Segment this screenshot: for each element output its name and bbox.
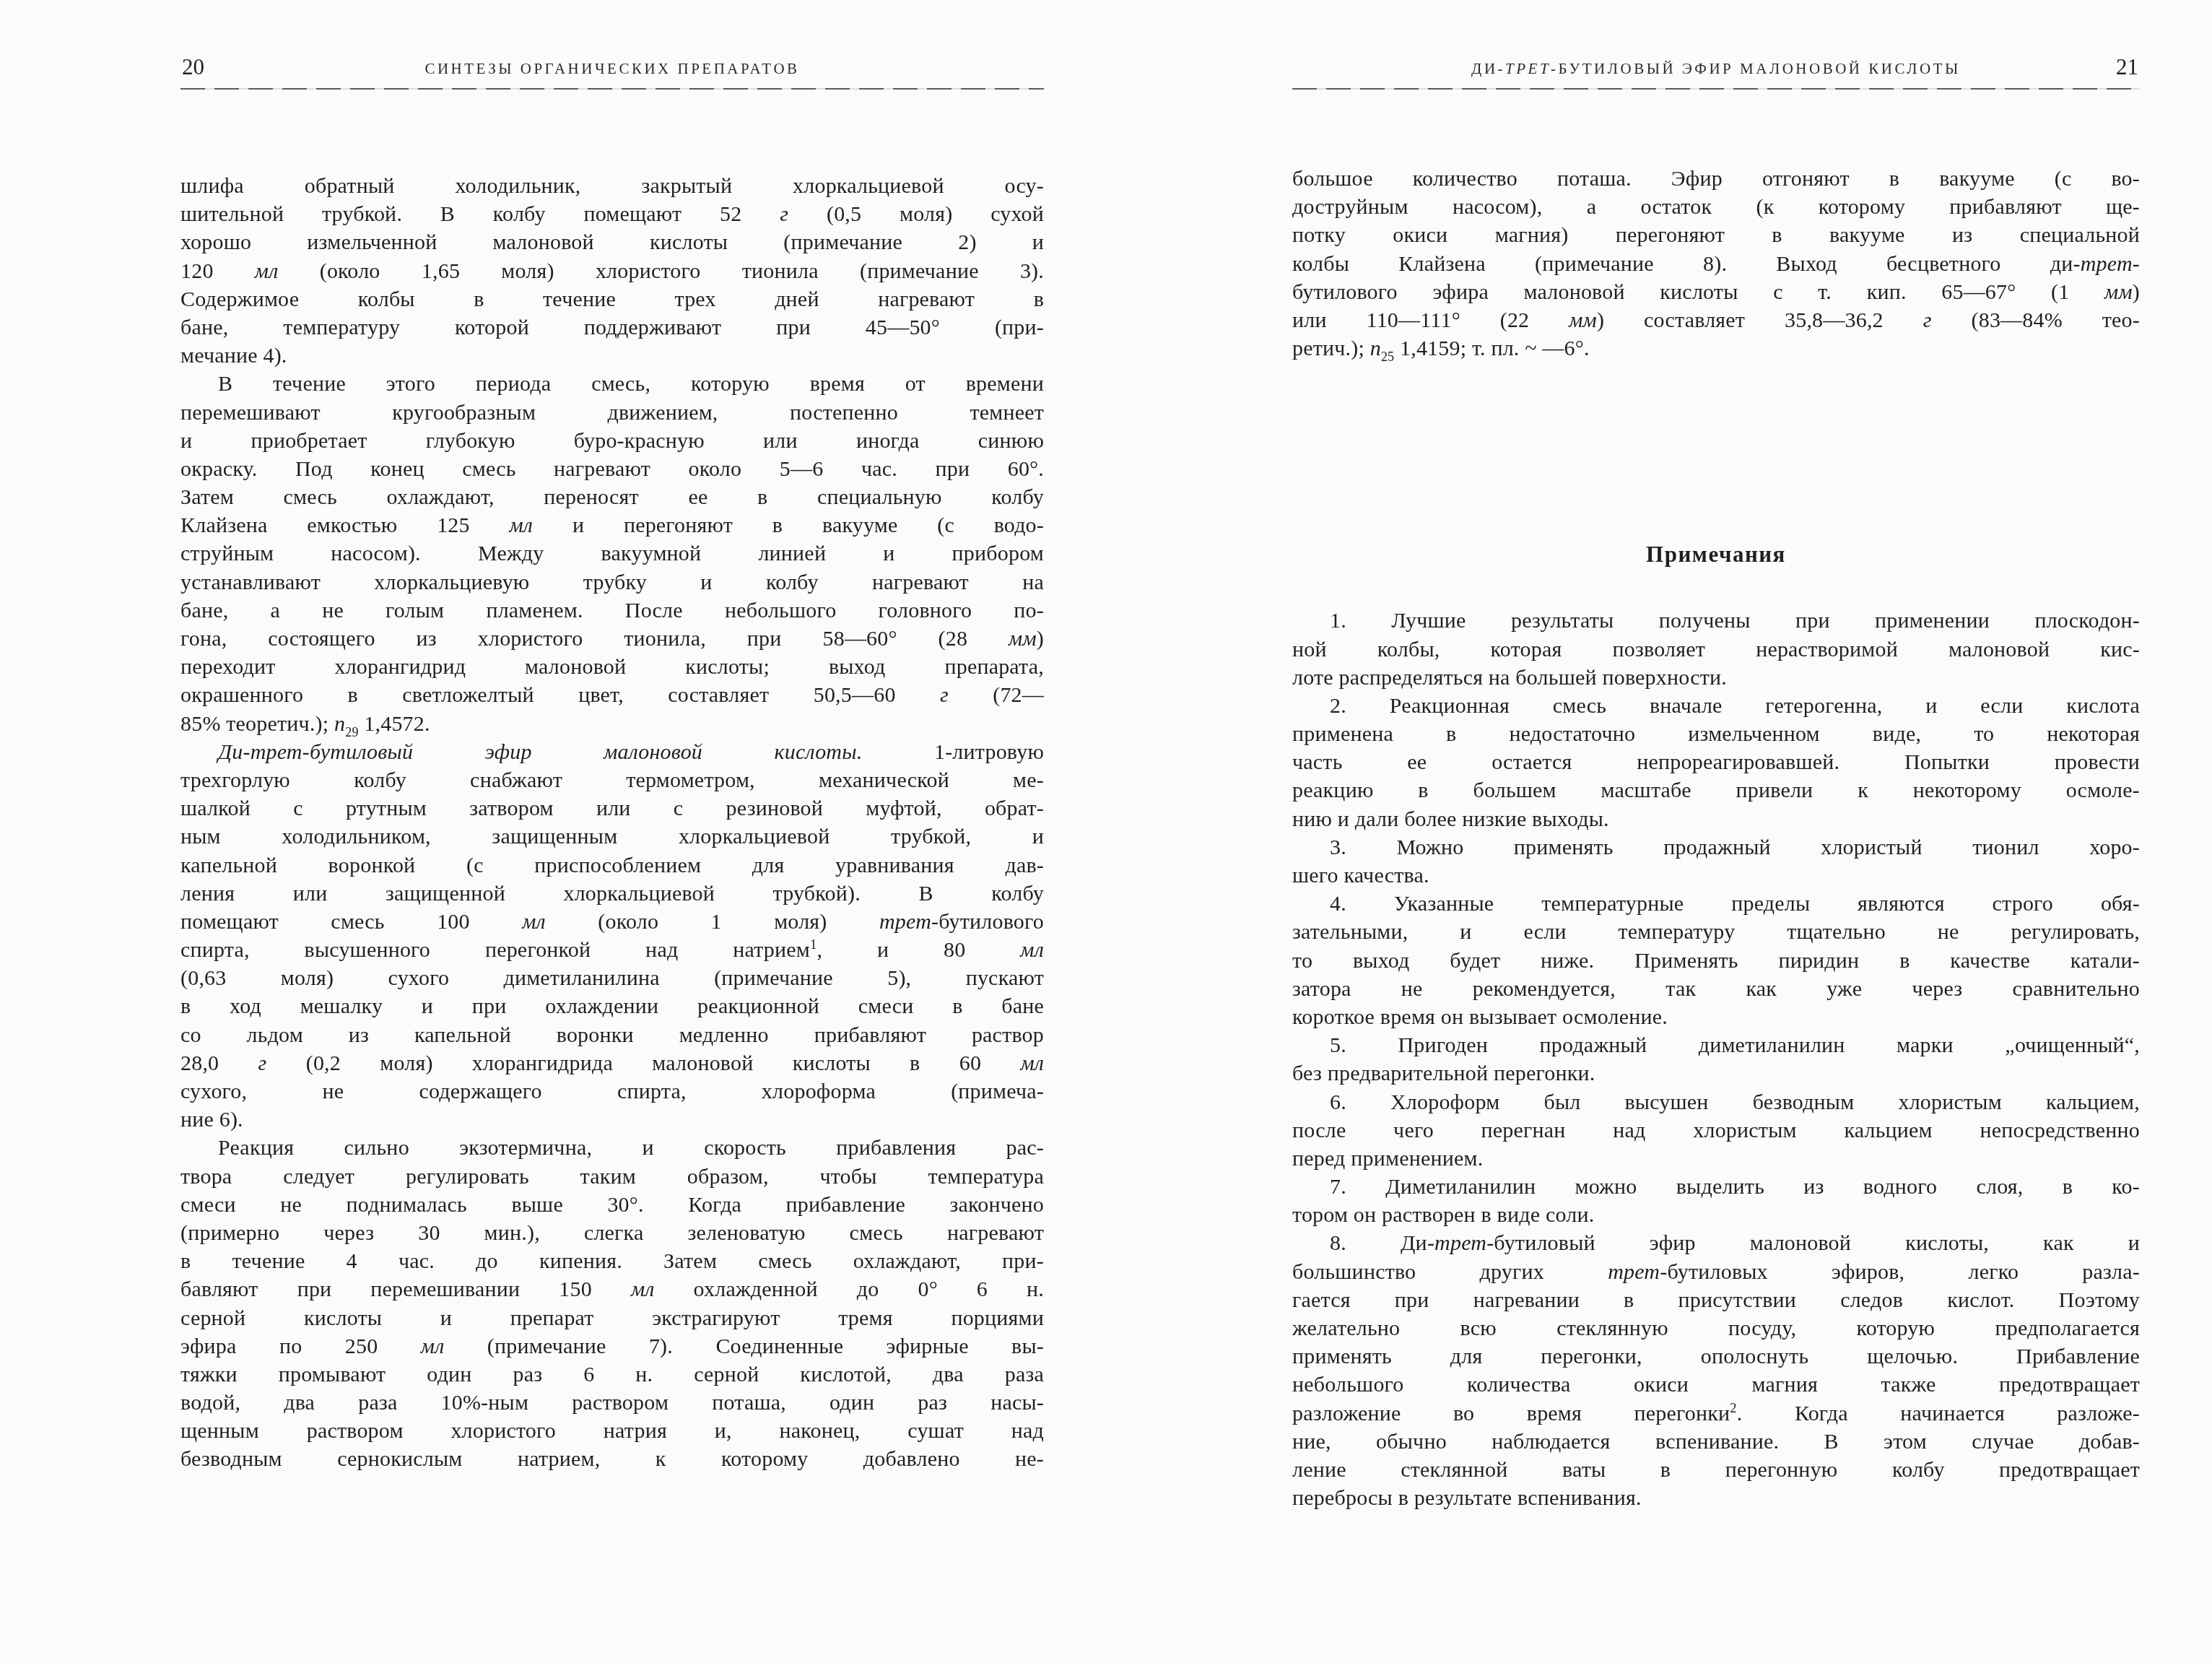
text-run: 2. Реакционная смесь вначале гетерогенна…	[1330, 694, 2140, 718]
text-run: (83—84% тео-	[1932, 308, 2140, 332]
superscript: 29	[345, 726, 358, 738]
text-line: в ход мешалку и при охлаждении реакционн…	[180, 992, 1044, 1020]
paragraph: 2. Реакционная смесь вначале гетерогенна…	[1292, 692, 2140, 833]
text-line: шлифа обратный холодильник, закрытый хло…	[180, 172, 1044, 200]
text-run: устанавливают хлоркальциевую трубку и ко…	[180, 570, 1044, 594]
text-run: (примечание 7). Соединенные эфирные вы-	[444, 1334, 1044, 1358]
text-run: желательно всю стеклянную посуду, котору…	[1292, 1316, 2140, 1340]
text-run: хорошо измельченной малоновой кислоты (п…	[180, 230, 1044, 254]
text-run: трехгорлую колбу снабжают термометром, м…	[180, 768, 1044, 792]
text-line: Ди-трет-бутиловый эфир малоновой кислоты…	[180, 738, 1044, 766]
right-running-title: ДИ-ТРЕТ-БУТИЛОВЫЙ ЭФИР МАЛОНОВОЙ КИСЛОТЫ	[1292, 60, 2140, 78]
text-run: гона, состоящего из хлористого тионила, …	[180, 627, 1009, 651]
text-run: ной колбы, которая позволяет нерастворим…	[1292, 638, 2140, 661]
text-run: тяжки промывают один раз 6 н. серной кис…	[180, 1363, 1044, 1386]
text-run: ретич.);	[1292, 336, 1370, 360]
text-run: реакцию в большем масштабе привели к нек…	[1292, 778, 2140, 802]
text-line: большое количество поташа. Эфир отгоняют…	[1292, 165, 2140, 193]
text-run: ления или защищенной хлоркальциевой труб…	[180, 882, 1044, 906]
text-run: 3. Можно применять продажный хлористый т…	[1330, 835, 2140, 859]
text-run: В течение этого периода смесь, которую в…	[218, 372, 1044, 396]
text-run: трет	[879, 910, 931, 934]
text-run: 8. Ди-	[1330, 1231, 1434, 1255]
text-line: 3. Можно применять продажный хлористый т…	[1292, 833, 2140, 861]
text-line: часть ее остается непрореагировавшей. По…	[1292, 748, 2140, 776]
text-line: щенным раствором хлористого натрия и, на…	[180, 1417, 1044, 1445]
text-run: гается при нагревании в присутствии след…	[1292, 1288, 2140, 1312]
text-line: реакцию в большем масштабе привели к нек…	[1292, 776, 2140, 804]
text-run: (72—	[949, 683, 1044, 707]
text-run: (0,63 моля) сухого диметиланилина (приме…	[180, 966, 1044, 990]
left-page-body: шлифа обратный холодильник, закрытый хло…	[180, 172, 1044, 1474]
text-run: и перегоняют в вакууме (с водо-	[533, 513, 1044, 537]
right-page: ДИ-ТРЕТ-БУТИЛОВЫЙ ЭФИР МАЛОНОВОЙ КИСЛОТЫ…	[1292, 0, 2140, 1663]
text-line: 28,0 г (0,2 моля) хлорангидрида малоново…	[180, 1049, 1044, 1077]
text-run: большинство других	[1292, 1260, 1608, 1284]
text-run: трет-	[2081, 252, 2140, 276]
text-line: и приобретает глубокую буро-красную или …	[180, 427, 1044, 455]
paragraph: В течение этого периода смесь, которую в…	[180, 370, 1044, 737]
text-run: ДИ-	[1471, 60, 1505, 77]
text-line: ной колбы, которая позволяет нерастворим…	[1292, 635, 2140, 664]
text-run: часть ее остается непрореагировавшей. По…	[1292, 750, 2140, 774]
text-run: со льдом из капельной воронки медленно п…	[180, 1023, 1044, 1047]
text-run: бутилового эфира малоновой кислоты с т. …	[1292, 280, 2104, 304]
text-run: ) составляет 35,8—36,2	[1597, 308, 1923, 332]
text-run: струйным насосом). Между вакуумной линие…	[180, 542, 1044, 565]
text-run: серной кислоты и препарат экстрагируют т…	[180, 1306, 1044, 1330]
text-line: бавляют при перемешивании 150 мл охлажде…	[180, 1275, 1044, 1303]
text-line: (примерно через 30 мин.), слегка зеленов…	[180, 1219, 1044, 1247]
text-line: трехгорлую колбу снабжают термометром, м…	[180, 766, 1044, 794]
text-line: бане, температуру которой поддерживают п…	[180, 313, 1044, 342]
text-line: Реакция сильно экзотермична, и скорость …	[180, 1134, 1044, 1162]
text-run: мл	[522, 910, 546, 934]
text-run: колбы Клайзена (примечание 8). Выход бес…	[1292, 252, 2081, 276]
text-run: лоте распределяться на большей поверхнос…	[1292, 666, 1727, 690]
text-line: водой, два раза 10%-ным раствором поташа…	[180, 1389, 1044, 1417]
text-line: 1. Лучшие результаты получены при примен…	[1292, 607, 2140, 635]
text-line: серной кислоты и препарат экстрагируют т…	[180, 1304, 1044, 1332]
left-header-rule	[180, 88, 1044, 90]
text-run: 120	[180, 259, 255, 283]
paragraph: Ди-трет-бутиловый эфир малоновой кислоты…	[180, 738, 1044, 1134]
text-run: 28,0	[180, 1051, 258, 1075]
text-line: после чего перегнан над хлористым кальци…	[1292, 1116, 2140, 1145]
text-line: без предварительной перегонки.	[1292, 1059, 2140, 1087]
text-run: 7. Диметиланилин можно выделить из водно…	[1330, 1175, 2140, 1199]
text-run: капельной воронкой (с приспособлением дл…	[180, 854, 1044, 877]
paragraph: шлифа обратный холодильник, закрытый хло…	[180, 172, 1044, 370]
text-line: 4. Указанные температурные пределы являю…	[1292, 890, 2140, 918]
left-page: 20 СИНТЕЗЫ ОРГАНИЧЕСКИХ ПРЕПАРАТОВ шлифа…	[180, 0, 1044, 1663]
text-run: бане, температуру которой поддерживают п…	[180, 316, 1044, 339]
text-line: затора не рекомендуется, так как уже чер…	[1292, 975, 2140, 1003]
text-run: мм	[1009, 627, 1037, 651]
text-line: в течение 4 час. до кипения. Затем смесь…	[180, 1247, 1044, 1275]
text-line: смеси не поднималась выше 30°. Когда при…	[180, 1191, 1044, 1219]
text-run: (около 1 моля)	[546, 910, 879, 934]
text-run: мл	[631, 1277, 655, 1301]
text-line: В течение этого периода смесь, которую в…	[180, 370, 1044, 398]
notes-heading: Примечания	[1292, 542, 2140, 568]
text-run: после чего перегнан над хлористым кальци…	[1292, 1119, 2140, 1142]
text-line: небольшого количества окиси магния также…	[1292, 1371, 2140, 1399]
text-run: применять для перегонки, ополоснуть щело…	[1292, 1345, 2140, 1368]
text-line: сухого, не содержащего спирта, хлороформ…	[180, 1077, 1044, 1106]
text-run: нию и дали более низкие выходы.	[1292, 807, 1609, 831]
text-line: тяжки промывают один раз 6 н. серной кис…	[180, 1360, 1044, 1389]
text-run: мл	[255, 259, 279, 283]
text-line: тором он растворен в виде соли.	[1292, 1201, 2140, 1229]
text-run: ление стеклянной ваты в перегонную колбу…	[1292, 1458, 2140, 1482]
text-line: ретич.); n25D 1,4159; т. пл. ~ —6°.	[1292, 334, 2140, 362]
text-line: переходит хлорангидрид малоновой кислоты…	[180, 653, 1044, 681]
text-run: 4. Указанные температурные пределы являю…	[1330, 892, 2140, 916]
text-run: помещают смесь 100	[180, 910, 522, 934]
paragraph: 8. Ди-трет-бутиловый эфир малоновой кисл…	[1292, 1229, 2140, 1512]
text-run: 85% теоретич.);	[180, 712, 334, 736]
text-run: мм	[2104, 280, 2133, 304]
text-run: переходит хлорангидрид малоновой кислоты…	[180, 655, 1044, 679]
text-line: 2. Реакционная смесь вначале гетерогенна…	[1292, 692, 2140, 720]
book-scan: { "left_page": { "page_number": "20", "r…	[0, 0, 2212, 1663]
text-run: . Когда начинается разложе-	[1737, 1402, 2140, 1425]
right-header-rule	[1292, 88, 2140, 90]
paragraph: 1. Лучшие результаты получены при примен…	[1292, 607, 2140, 692]
text-line: потку окиси магния) перегоняют в вакууме…	[1292, 221, 2140, 249]
text-run: трет	[1434, 1231, 1486, 1255]
text-line: окрашенного в светложелтый цвет, составл…	[180, 681, 1044, 709]
text-run: зательными, и если температуру тщательно…	[1292, 920, 2140, 944]
text-run: ным холодильником, защищенным хлоркальци…	[180, 825, 1044, 848]
text-run: ние, обычно наблюдается вспенивание. В э…	[1292, 1430, 2140, 1454]
text-run: тором он растворен в виде соли.	[1292, 1203, 1594, 1227]
text-run: (примерно через 30 мин.), слегка зеленов…	[180, 1221, 1044, 1245]
text-line: 7. Диметиланилин можно выделить из водно…	[1292, 1173, 2140, 1201]
text-run: , и 80	[817, 938, 1021, 962]
text-line: твора следует регулировать таким образом…	[180, 1163, 1044, 1191]
text-line: шительной трубкой. В колбу помещают 52 г…	[180, 200, 1044, 228]
text-run: или 110—111° (22	[1292, 308, 1569, 332]
text-line: со льдом из капельной воронки медленно п…	[180, 1021, 1044, 1049]
text-run: Содержимое колбы в течение трех дней наг…	[180, 287, 1044, 311]
text-run: 1-литровую	[862, 740, 1044, 764]
sub-sup-stack: 29D	[345, 726, 358, 738]
text-run: бане, а не голым пламенем. После небольш…	[180, 599, 1044, 622]
text-run: мл	[1020, 938, 1044, 962]
superscript: 25	[1381, 350, 1394, 362]
text-run: 1. Лучшие результаты получены при примен…	[1330, 609, 2140, 633]
text-run: эфира по 250	[180, 1334, 421, 1358]
text-run: разложение во время перегонки	[1292, 1402, 1730, 1425]
left-running-title: СИНТЕЗЫ ОРГАНИЧЕСКИХ ПРЕПАРАТОВ	[180, 60, 1044, 78]
text-run: большое количество поташа. Эфир отгоняют…	[1292, 167, 2140, 191]
text-line: Затем смесь охлаждают, переносят ее в сп…	[180, 483, 1044, 511]
text-run: мм	[1569, 308, 1597, 332]
text-run: охлажденной до 0° 6 н.	[655, 1277, 1044, 1301]
text-run: )	[2133, 280, 2140, 304]
text-line: капельной воронкой (с приспособлением дл…	[180, 851, 1044, 880]
text-line: окраску. Под конец смесь нагревают около…	[180, 455, 1044, 483]
text-line: струйным насосом). Между вакуумной линие…	[180, 539, 1044, 568]
text-line: мечание 4).	[180, 342, 1044, 370]
text-run: шего качества.	[1292, 864, 1429, 887]
text-run: трет	[1608, 1260, 1660, 1284]
text-run: в течение 4 час. до кипения. Затем смесь…	[180, 1249, 1044, 1273]
paragraph: Реакция сильно экзотермична, и скорость …	[180, 1134, 1044, 1473]
text-run: и приобретает глубокую буро-красную или …	[180, 429, 1044, 453]
paragraph: 5. Пригоден продажный диметиланилин марк…	[1292, 1031, 2140, 1087]
text-line: 120 мл (около 1,65 моля) хлористого тион…	[180, 257, 1044, 285]
text-line: короткое время он вызывает осмоление.	[1292, 1003, 2140, 1031]
text-line: шалкой с ртутным затвором или с резиново…	[180, 794, 1044, 822]
text-run: n	[334, 712, 345, 736]
text-line: перемешивают кругообразным движением, по…	[180, 399, 1044, 427]
text-run: мл	[510, 513, 534, 537]
paragraph: 7. Диметиланилин можно выделить из водно…	[1292, 1173, 2140, 1229]
text-line: ние 6).	[180, 1106, 1044, 1134]
text-run: г	[1923, 308, 1932, 332]
text-line: хорошо измельченной малоновой кислоты (п…	[180, 228, 1044, 256]
text-run: -БУТИЛОВЫЙ ЭФИР МАЛОНОВОЙ КИСЛОТЫ	[1551, 60, 1961, 77]
paragraph: 3. Можно применять продажный хлористый т…	[1292, 833, 2140, 890]
text-run: затора не рекомендуется, так как уже чер…	[1292, 977, 2140, 1001]
text-run: мл	[421, 1334, 445, 1358]
text-run: -бутилового	[931, 910, 1044, 934]
text-line: (0,63 моля) сухого диметиланилина (приме…	[180, 964, 1044, 992]
text-run: щенным раствором хлористого натрия и, на…	[180, 1419, 1044, 1443]
left-page-header: 20 СИНТЕЗЫ ОРГАНИЧЕСКИХ ПРЕПАРАТОВ	[180, 55, 1044, 91]
text-line: бане, а не голым пламенем. После небольш…	[180, 596, 1044, 625]
text-run: мл	[1020, 1051, 1044, 1075]
text-run: )	[1037, 627, 1044, 651]
text-line: Клайзена емкостью 125 мл и перегоняют в …	[180, 511, 1044, 539]
paragraph: 6. Хлороформ был высушен безводным хлори…	[1292, 1088, 2140, 1173]
text-run: (0,2 моля) хлорангидрида малоновой кисло…	[266, 1051, 1020, 1075]
text-line: нию и дали более низкие выходы.	[1292, 805, 2140, 833]
text-line: спирта, высушенного перегонкой над натри…	[180, 936, 1044, 964]
text-run: твора следует регулировать таким образом…	[180, 1165, 1044, 1189]
paragraph: большое количество поташа. Эфир отгоняют…	[1292, 165, 2140, 362]
text-line: ления или защищенной хлоркальциевой труб…	[180, 880, 1044, 908]
text-run: г	[940, 683, 949, 707]
text-run: небольшого количества окиси магния также…	[1292, 1373, 2140, 1397]
text-line: устанавливают хлоркальциевую трубку и ко…	[180, 568, 1044, 596]
text-run: мечание 4).	[180, 344, 287, 368]
text-line: 8. Ди-трет-бутиловый эфир малоновой кисл…	[1292, 1229, 2140, 1257]
text-run: г	[780, 202, 788, 226]
text-run: 1,4572.	[359, 712, 430, 736]
text-line: безводным сернокислым натрием, к котором…	[180, 1445, 1044, 1473]
text-line: Содержимое колбы в течение трех дней наг…	[180, 285, 1044, 313]
text-run: сухого, не содержащего спирта, хлороформ…	[180, 1080, 1044, 1103]
text-line: шего качества.	[1292, 861, 2140, 890]
text-line: применена в недостаточно измельченном ви…	[1292, 720, 2140, 748]
text-line: гается при нагревании в присутствии след…	[1292, 1286, 2140, 1314]
text-run: смеси не поднималась выше 30°. Когда при…	[180, 1193, 1044, 1217]
text-run: ТРЕТ	[1505, 60, 1551, 77]
text-run: (0,5 моля) сухой	[788, 202, 1044, 226]
text-run: без предварительной перегонки.	[1292, 1061, 1595, 1085]
text-run: 5. Пригоден продажный диметиланилин марк…	[1330, 1033, 2140, 1057]
text-run: г	[258, 1051, 267, 1075]
text-line: помещают смесь 100 мл (около 1 моля) тре…	[180, 908, 1044, 936]
text-run: шлифа обратный холодильник, закрытый хло…	[180, 174, 1044, 198]
text-run: бавляют при перемешивании 150	[180, 1277, 631, 1301]
text-line: перед применением.	[1292, 1145, 2140, 1173]
text-run: окраску. Под конец смесь нагревают около…	[180, 457, 1044, 481]
text-line: то выход будет ниже. Применять пиридин в…	[1292, 947, 2140, 975]
text-line: применять для перегонки, ополоснуть щело…	[1292, 1342, 2140, 1371]
text-run: Реакция сильно экзотермична, и скорость …	[218, 1136, 1044, 1160]
right-page-number: 21	[2116, 55, 2138, 79]
text-run: применена в недостаточно измельченном ви…	[1292, 722, 2140, 746]
text-line: бутилового эфира малоновой кислоты с т. …	[1292, 278, 2140, 306]
text-line: колбы Клайзена (примечание 8). Выход бес…	[1292, 250, 2140, 278]
text-run: Затем смесь охлаждают, переносят ее в сп…	[180, 485, 1044, 509]
text-line: эфира по 250 мл (примечание 7). Соединен…	[180, 1332, 1044, 1360]
text-run: шительной трубкой. В колбу помещают 52	[180, 202, 780, 226]
text-run: перед применением.	[1292, 1147, 1483, 1171]
text-run: короткое время он вызывает осмоление.	[1292, 1005, 1668, 1029]
text-line: 6. Хлороформ был высушен безводным хлори…	[1292, 1088, 2140, 1116]
text-line: ние, обычно наблюдается вспенивание. В э…	[1292, 1428, 2140, 1456]
text-line: желательно всю стеклянную посуду, котору…	[1292, 1314, 2140, 1342]
text-line: 85% теоретич.); n29D 1,4572.	[180, 710, 1044, 738]
text-run: 6. Хлороформ был высушен безводным хлори…	[1330, 1090, 2140, 1114]
footnote-reference: 1	[810, 937, 817, 952]
footnote-reference: 2	[1730, 1401, 1737, 1416]
text-run: окрашенного в светложелтый цвет, составл…	[180, 683, 940, 707]
text-run: Клайзена емкостью 125	[180, 513, 510, 537]
text-line: большинство других трет-бутиловых эфиров…	[1292, 1258, 2140, 1286]
text-run: -бутиловый эфир малоновой кислоты, как и	[1486, 1231, 2140, 1255]
text-run: ние 6).	[180, 1108, 243, 1132]
text-line: доструйным насосом), а остаток (к которо…	[1292, 193, 2140, 221]
text-run: Ди-трет-бутиловый эфир малоновой кислоты…	[218, 740, 862, 764]
text-line: или 110—111° (22 мм) составляет 35,8—36,…	[1292, 306, 2140, 334]
text-run: в ход мешалку и при охлаждении реакционн…	[180, 994, 1044, 1018]
text-run: потку окиси магния) перегоняют в вакууме…	[1292, 223, 2140, 247]
text-line: гона, состоящего из хлористого тионила, …	[180, 625, 1044, 653]
text-run: перемешивают кругообразным движением, по…	[180, 401, 1044, 425]
text-run: спирта, высушенного перегонкой над натри…	[180, 938, 810, 962]
text-run: доструйным насосом), а остаток (к которо…	[1292, 195, 2140, 219]
right-page-body: большое количество поташа. Эфир отгоняют…	[1292, 165, 2140, 1512]
text-line: 5. Пригоден продажный диметиланилин марк…	[1292, 1031, 2140, 1059]
text-run: перебросы в результате вспенивания.	[1292, 1486, 1642, 1510]
text-line: ным холодильником, защищенным хлоркальци…	[180, 822, 1044, 851]
text-line: перебросы в результате вспенивания.	[1292, 1484, 2140, 1512]
text-run: то выход будет ниже. Применять пиридин в…	[1292, 949, 2140, 973]
text-run: водой, два раза 10%-ным раствором поташа…	[180, 1391, 1044, 1415]
text-run: 1,4159; т. пл. ~ —6°.	[1394, 336, 1589, 360]
paragraph: 4. Указанные температурные пределы являю…	[1292, 890, 2140, 1031]
text-line: ление стеклянной ваты в перегонную колбу…	[1292, 1456, 2140, 1484]
text-line: зательными, и если температуру тщательно…	[1292, 918, 2140, 946]
text-run: безводным сернокислым натрием, к котором…	[180, 1447, 1044, 1471]
text-line: лоте распределяться на большей поверхнос…	[1292, 664, 2140, 692]
text-run: СИНТЕЗЫ ОРГАНИЧЕСКИХ ПРЕПАРАТОВ	[424, 60, 799, 77]
sub-sup-stack: 25D	[1381, 350, 1394, 362]
text-run: шалкой с ртутным затвором или с резиново…	[180, 796, 1044, 820]
right-page-header: ДИ-ТРЕТ-БУТИЛОВЫЙ ЭФИР МАЛОНОВОЙ КИСЛОТЫ…	[1292, 55, 2140, 91]
text-line: разложение во время перегонки2. Когда на…	[1292, 1399, 2140, 1428]
text-run: (около 1,65 моля) хлористого тионила (пр…	[278, 259, 1044, 283]
text-run: n	[1370, 336, 1381, 360]
text-run: -бутиловых эфиров, легко разла-	[1660, 1260, 2140, 1284]
